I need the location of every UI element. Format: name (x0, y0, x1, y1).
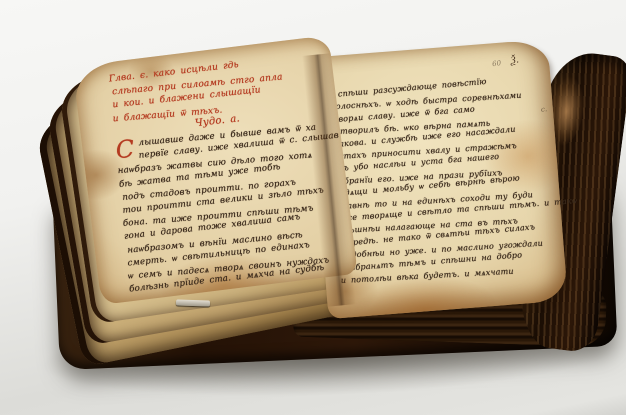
right-page-text: и спѣши разсуждающе повѣстїю колоснѣхъ. … (328, 75, 545, 287)
folio-number: 60 (492, 59, 502, 68)
photo-scene: 60 Ѯ. с. и спѣши разсуждающе повѣстїю ко… (0, 0, 626, 415)
folio-marks: 60 Ѯ. (491, 54, 519, 69)
body-with-initial: С лышавше даже и бывше вамъ ѿ ха первїе … (115, 119, 337, 297)
metal-clasp (176, 299, 210, 306)
margin-mark: с. (540, 105, 547, 114)
left-page-text: Глва. є. како исцѣли гдь слѣпаго при сил… (108, 54, 337, 297)
folio-letter: Ѯ. (510, 54, 520, 66)
